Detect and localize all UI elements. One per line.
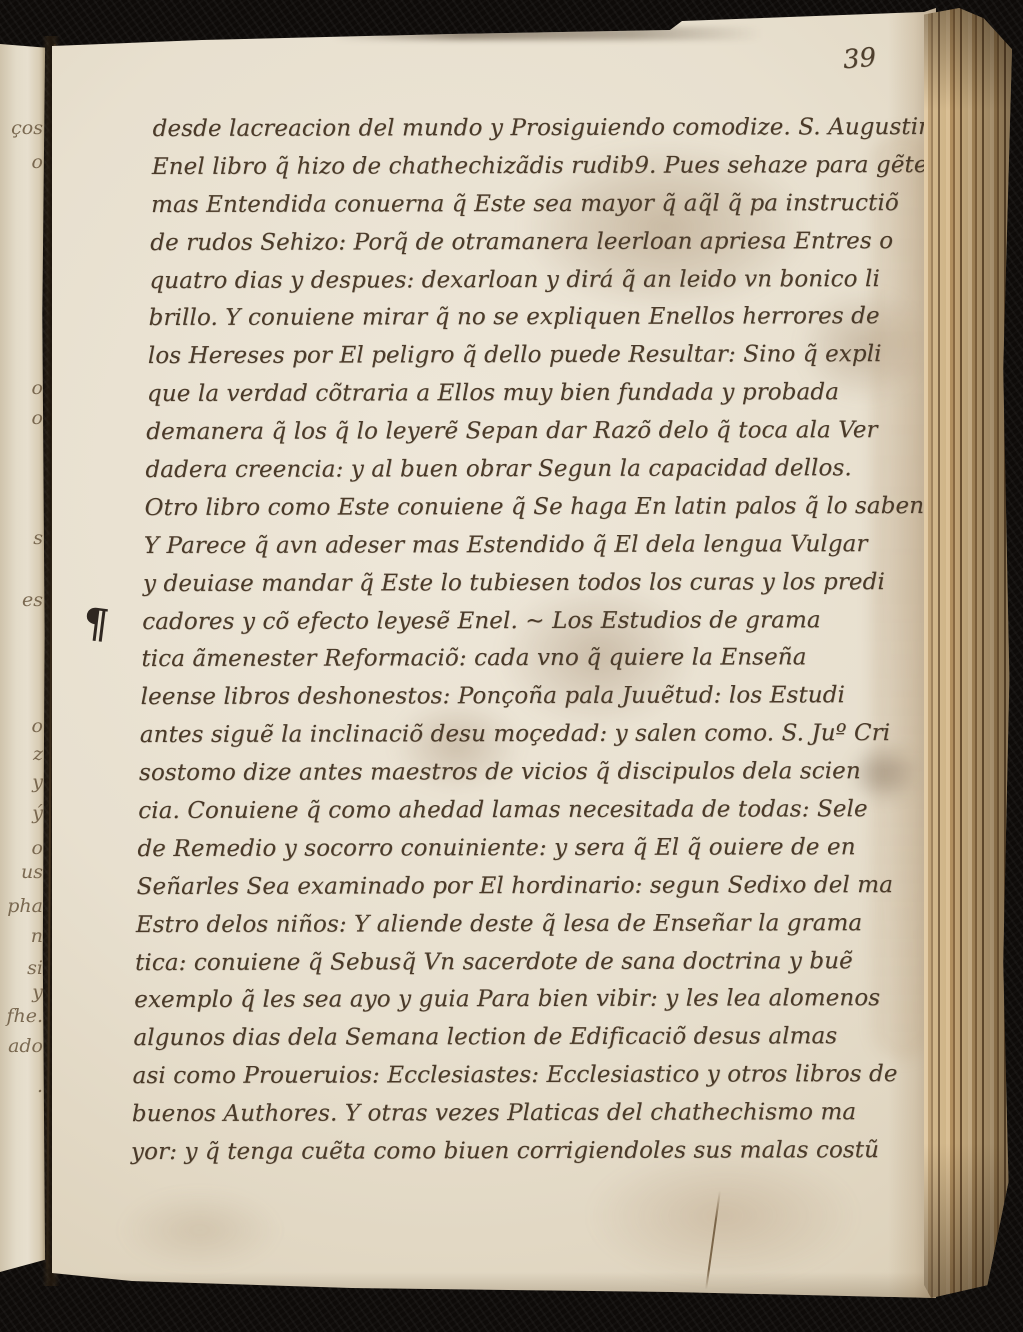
manuscript-line: antes siguẽ la inclinaciõ desu moçedad: … bbox=[140, 715, 941, 755]
manuscript-line: tica: conuiene q̃ Sebusq̃ Vn sacerdote d… bbox=[135, 943, 941, 983]
manuscript-line: algunos dias dela Semana lection de Edif… bbox=[133, 1018, 941, 1058]
manuscript-line: leense libros deshonestos: Ponçoña pala … bbox=[141, 677, 941, 717]
manuscript-line: demanera q̃ los q̃ lo leyerẽ Sepan dar R… bbox=[146, 412, 939, 452]
manuscript-line: cia. Conuiene q̃ como ahedad lamas neces… bbox=[138, 791, 940, 831]
photo-backdrop: çosooosesozyýousphansiyfhe.ado. 39 ¶ des… bbox=[0, 0, 1023, 1332]
manuscript-line: de rudos Sehizo: Porq̃ de otramanera lee… bbox=[150, 223, 939, 263]
previous-page-fragment: us bbox=[21, 862, 43, 882]
manuscript-line: de Remedio y socorro conuiniente: y sera… bbox=[137, 829, 940, 869]
previous-page-fragment: ado bbox=[8, 1036, 43, 1056]
manuscript-line: los Hereses por El peligro q̃ dello pued… bbox=[148, 336, 940, 376]
manuscript-line: sostomo dize antes maestros de vicios q̃… bbox=[139, 753, 940, 793]
manuscript-line: que la verdad cõtraria a Ellos muy bien … bbox=[147, 374, 939, 414]
manuscript-line: Otro libro como Este conuiene q̃ Se haga… bbox=[145, 488, 940, 528]
previous-page-edge: çosooosesozyýousphansiyfhe.ado. bbox=[0, 44, 46, 1272]
manuscript-line: Estro delos niños: Y aliende deste q̃ le… bbox=[136, 905, 941, 945]
manuscript-line: y deuiase mandar q̃ Este lo tubiesen tod… bbox=[143, 564, 940, 604]
manuscript-line: Enel libro q̃ hizo de chathechizãdis rud… bbox=[152, 147, 939, 187]
manuscript-line: yor: y q̃ tenga cuẽta como biuen corrigi… bbox=[131, 1132, 941, 1172]
manuscript-line: asi como Proueruios: Ecclesiastes: Eccle… bbox=[133, 1056, 942, 1096]
previous-page-fragment: fhe. bbox=[6, 1006, 43, 1026]
manuscript-line: dadera creencia: y al buen obrar Segun l… bbox=[145, 450, 939, 490]
manuscript-line: exemplo q̃ les sea ayo y guia Para bien … bbox=[134, 980, 941, 1020]
previous-page-fragment: ços bbox=[11, 118, 43, 138]
manuscript-line: tica ãmenester Reformaciõ: cada vno q̃ q… bbox=[141, 639, 940, 679]
top-edge-grime bbox=[332, 27, 762, 40]
paragraph-mark: ¶ bbox=[80, 601, 111, 648]
manuscript-line: desde lacreacion del mundo y Prosiguiend… bbox=[153, 109, 939, 149]
manuscript-line: buenos Authores. Y otras vezes Platicas … bbox=[132, 1094, 941, 1134]
book-fore-edge bbox=[924, 8, 1012, 1298]
previous-page-fragment: es bbox=[22, 590, 43, 610]
previous-page-fragment: si bbox=[27, 958, 43, 978]
manuscript-line: cadores y cõ efecto leyesẽ Enel. ~ Los E… bbox=[142, 602, 940, 642]
manuscript-line: Señarles Sea examinado por El hordinario… bbox=[137, 867, 941, 907]
manuscript-line: quatro dias y despues: dexarloan y dirá … bbox=[149, 261, 939, 301]
manuscript-text-block: desde lacreacion del mundo y Prosiguiend… bbox=[137, 109, 942, 1172]
manuscript-line: mas Entendida conuerna q̃ Este sea mayor… bbox=[151, 185, 939, 225]
previous-page-fragment: pha bbox=[7, 896, 43, 916]
manuscript-line: Y Parece q̃ avn adeser mas Estendido q̃ … bbox=[144, 526, 940, 566]
manuscript-line: brillo. Y conuiene mirar q̃ no se expliq… bbox=[149, 298, 940, 338]
folio-number: 39 bbox=[842, 43, 878, 76]
